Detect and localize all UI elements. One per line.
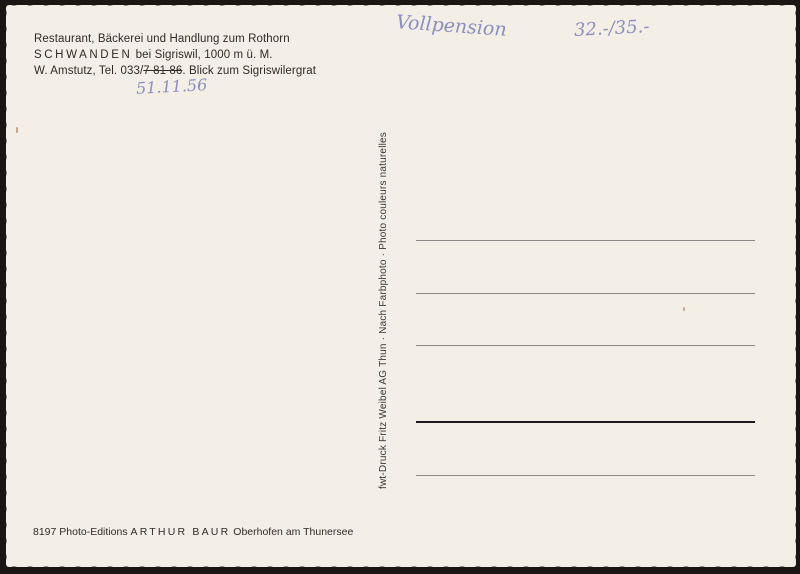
paper-speck: [683, 307, 685, 311]
address-line-3: [416, 345, 755, 346]
publisher-name: ARTHUR BAUR: [131, 526, 231, 538]
printer-credit-vertical: fwt-Druck Fritz Weibel AG Thun · Nach Fa…: [378, 132, 389, 489]
handwritten-vollpension: Vollpension: [395, 11, 507, 41]
place-name: SCHWANDEN: [34, 49, 132, 61]
address-line-2: [416, 293, 755, 294]
struck-phone-number: 7 81 86: [143, 65, 182, 77]
address-line-4-bold: [416, 421, 755, 423]
address-line-1: [416, 240, 755, 241]
handwritten-date: 51.11.56: [136, 75, 208, 98]
handwritten-price: 32.-/35.-: [574, 16, 650, 41]
header-line-2: SCHWANDEN bei Sigriswil, 1000 m ü. M.: [34, 47, 316, 63]
paper-speck: [16, 127, 18, 133]
publisher-footer: 8197 Photo-Editions ARTHUR BAUR Oberhofe…: [33, 526, 353, 538]
deckled-edge-left: [2, 5, 10, 567]
header-line-1: Restaurant, Bäckerei und Handlung zum Ro…: [34, 31, 316, 47]
printed-header: Restaurant, Bäckerei und Handlung zum Ro…: [34, 31, 316, 79]
deckled-edge-top: [6, 1, 796, 9]
deckled-edge-bottom: [6, 563, 796, 571]
deckled-edge-right: [792, 5, 800, 567]
postcard-back: Restaurant, Bäckerei und Handlung zum Ro…: [6, 5, 796, 567]
address-line-5: [416, 475, 755, 476]
